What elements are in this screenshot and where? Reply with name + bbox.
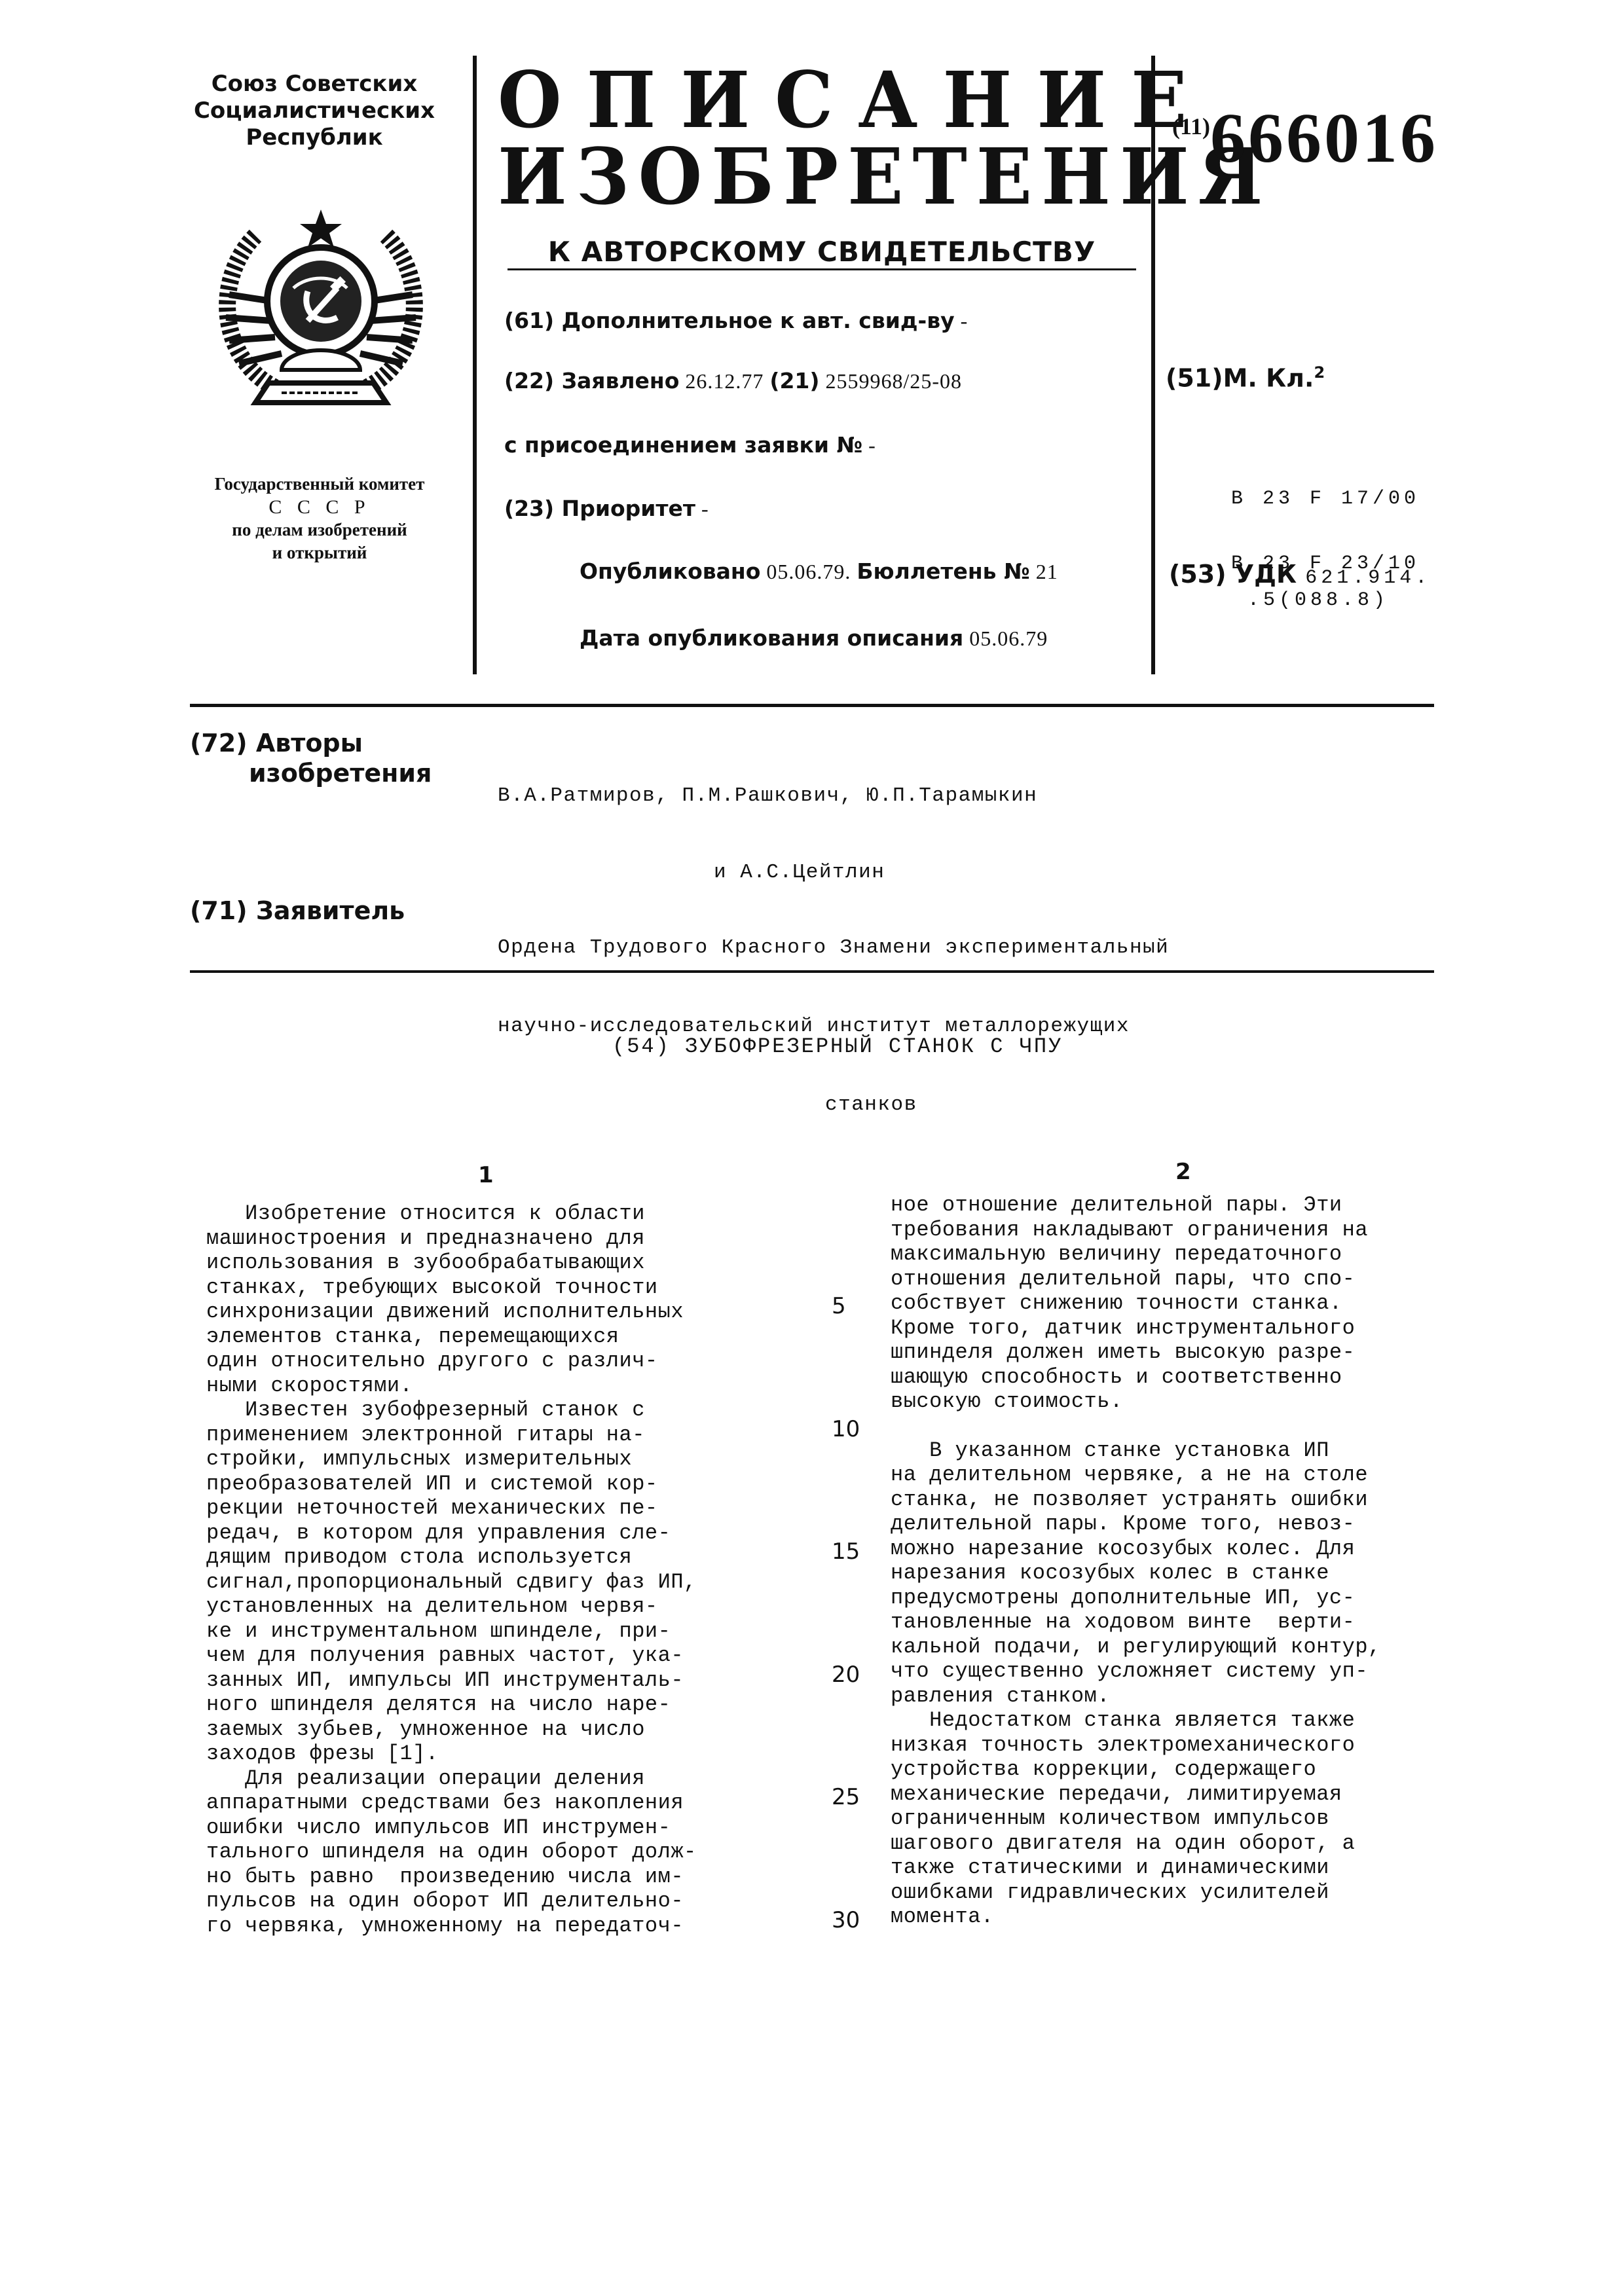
document-title-line1: ОПИСАНИЕ	[498, 62, 1139, 139]
field-description-date: Дата опубликования описания 05.06.79	[580, 625, 1048, 651]
text-line: В указанном станке установка ИП	[891, 1438, 1519, 1463]
line-number: 15	[832, 1539, 860, 1565]
text-line: заемых зубьев, умноженное на число	[206, 1717, 835, 1742]
applicant-line: Ордена Трудового Красного Знамени экспер…	[498, 935, 1169, 961]
committee-line: и открытий	[169, 541, 470, 564]
text-line: тального шпинделя на один оборот долж-	[206, 1840, 835, 1865]
authors-label: (72) Авторы изобретения	[190, 728, 432, 788]
text-line: элементов станка, перемещающихся	[206, 1324, 835, 1349]
text-line: также статическими и динамическими	[891, 1855, 1519, 1880]
field-label: Дата опубликования описания	[580, 625, 963, 651]
patent-number-value: 666016	[1210, 100, 1438, 177]
field-61: (61) Дополнительное к авт. свид-ву -	[504, 308, 968, 333]
committee-line: Государственный комитет	[169, 473, 470, 496]
mkl-label: (51)М. Кл.2	[1166, 363, 1325, 393]
text-line: шагового двигателя на один оборот, а	[891, 1831, 1519, 1856]
text-column-1: Изобретение относится к областимашиностр…	[206, 1201, 835, 1938]
line-number: 20	[832, 1662, 860, 1688]
line-number: 10	[832, 1416, 860, 1442]
text-line: машиностроения и предназначено для	[206, 1226, 835, 1251]
divider-left	[473, 56, 477, 674]
text-line: ными скоростями.	[206, 1374, 835, 1398]
field-published: Опубликовано 05.06.79. Бюллетень № 21	[580, 558, 1058, 584]
text-line: механические передачи, лимитируемая	[891, 1782, 1519, 1807]
text-line: занных ИП, импульсы ИП инструменталь-	[206, 1668, 835, 1693]
text-line: рекции неточностей механических пе-	[206, 1496, 835, 1521]
committee-name: Государственный комитет С С С Р по делам…	[169, 473, 470, 564]
udk-label: (53) УДК 621.914.	[1169, 560, 1431, 589]
text-line: Известен зубофрезерный станок с	[206, 1398, 835, 1423]
text-line: ошибки число импульсов ИП инструмен-	[206, 1815, 835, 1840]
invention-title: (54) ЗУБОФРЕЗЕРНЫЙ СТАНОК С ЧПУ	[612, 1034, 1063, 1059]
text-line: дящим приводом стола используется	[206, 1545, 835, 1570]
mkl-code: B 23 F 17/00	[1231, 488, 1420, 510]
udk-code: 621.914.	[1305, 567, 1431, 589]
text-line: сигнал,пропорциональный сдвигу фаз ИП,	[206, 1570, 835, 1595]
text-line: предусмотрены дополнительные ИП, ус-	[891, 1586, 1519, 1611]
text-line: чем для получения равных частот, ука-	[206, 1643, 835, 1668]
text-line: на делительном червяке, а не на столе	[891, 1463, 1519, 1487]
field-label: (21)	[769, 368, 819, 393]
text-line: шпинделя должен иметь высокую разре-	[891, 1340, 1519, 1365]
field-value: 2559968/25-08	[819, 369, 962, 393]
text-line: ограниченным количеством импульсов	[891, 1806, 1519, 1831]
text-line: Для реализации операции деления	[206, 1766, 835, 1791]
text-line: ошибками гидравлических усилителей	[891, 1880, 1519, 1905]
field-label: Бюллетень №	[857, 558, 1029, 584]
document-title-line2: ИЗОБРЕТЕНИЯ	[498, 139, 1139, 216]
text-line: станка, не позволяет устранять ошибки	[891, 1487, 1519, 1512]
field-attached-application: с присоединением заявки № -	[504, 432, 876, 458]
text-line: преобразователей ИП и системой кор-	[206, 1472, 835, 1497]
text-column-2: ное отношение делительной пары. Этитребо…	[891, 1193, 1519, 1929]
udk-code-cont: .5(088.8)	[1247, 589, 1389, 611]
text-line: устройства коррекции, содержащего	[891, 1757, 1519, 1782]
field-value: -	[695, 497, 709, 520]
mkl-edition: 2	[1314, 363, 1325, 382]
text-line: тановленные на ходовом винте верти-	[891, 1610, 1519, 1635]
authors-line: В.А.Ратмиров, П.М.Рашкович, Ю.П.Тарамыки…	[498, 783, 1037, 809]
ussr-emblem-icon	[210, 196, 432, 412]
text-line: аппаратными средствами без накопления	[206, 1791, 835, 1815]
line-number: 30	[832, 1907, 860, 1933]
applicant-line: станков	[498, 1092, 1169, 1118]
text-line: го червяка, умноженному на передаточ-	[206, 1914, 835, 1939]
text-line: нарезания косозубых колес в станке	[891, 1561, 1519, 1586]
text-line: стройки, импульсных измерительных	[206, 1447, 835, 1472]
text-line: ное отношение делительной пары. Эти	[891, 1193, 1519, 1218]
field-value: -	[862, 433, 876, 457]
field-value: -	[955, 309, 969, 333]
text-line: ного шпинделя делятся на число наре-	[206, 1692, 835, 1717]
text-line: ке и инструментальном шпинделе, при-	[206, 1619, 835, 1644]
text-line: Кроме того, датчик инструментального	[891, 1316, 1519, 1341]
text-line: редач, в котором для управления сле-	[206, 1521, 835, 1546]
patent-number: (11)666016	[1172, 98, 1438, 179]
line-number: 5	[832, 1293, 846, 1319]
text-line: отношения делительной пары, что спо-	[891, 1267, 1519, 1292]
column-number: 2	[1175, 1159, 1191, 1185]
field-label: (22) Заявлено	[504, 368, 679, 393]
text-line: пульсов на один оборот ИП делительно-	[206, 1889, 835, 1914]
state-name-line: Союз Советских	[177, 71, 452, 98]
text-line: делительной пары. Кроме того, невоз-	[891, 1512, 1519, 1537]
text-line: Изобретение относится к области	[206, 1201, 835, 1226]
text-line: заходов фрезы [1].	[206, 1741, 835, 1766]
applicant-label: (71) Заявитель	[190, 896, 405, 926]
text-line: шающую способность и соответственно	[891, 1365, 1519, 1390]
subtitle-underline	[507, 268, 1136, 270]
field-value: 05.06.79.	[760, 560, 857, 583]
text-line: собствует снижению точности станка.	[891, 1291, 1519, 1316]
text-line: один относительно другого с различ-	[206, 1349, 835, 1374]
text-line: высокую стоимость.	[891, 1389, 1519, 1414]
text-line: низкая точность электромеханического	[891, 1733, 1519, 1758]
field-value: 21	[1030, 560, 1058, 583]
line-number: 25	[832, 1784, 860, 1810]
text-line: требования накладывают ограничения на	[891, 1218, 1519, 1243]
text-line: но быть равно произведению числа им-	[206, 1865, 835, 1889]
udk-label-text: (53) УДК	[1169, 560, 1297, 589]
authors-label-line: изобретения	[190, 758, 432, 788]
state-name: Союз Советских Социалистических Республи…	[177, 71, 452, 151]
text-line: что существенно усложняет систему уп-	[891, 1659, 1519, 1684]
applicant-name: Ордена Трудового Красного Знамени экспер…	[498, 883, 1169, 1144]
committee-line: С С С Р	[169, 496, 470, 519]
state-name-line: Республик	[177, 124, 452, 151]
text-line: можно нарезание косозубых колес. Для	[891, 1537, 1519, 1561]
field-22-21: (22) Заявлено 26.12.77 (21) 2559968/25-0…	[504, 368, 962, 393]
text-line: момента.	[891, 1904, 1519, 1929]
state-name-line: Социалистических	[177, 98, 452, 124]
text-line	[891, 1414, 1519, 1438]
text-line: станках, требующих высокой точности	[206, 1275, 835, 1300]
committee-line: по делам изобретений	[169, 519, 470, 541]
text-line: установленных на делительном червя-	[206, 1594, 835, 1619]
applicant-rule	[190, 970, 1434, 973]
field-value: 05.06.79	[963, 627, 1048, 650]
field-23: (23) Приоритет -	[504, 496, 709, 521]
field-label: (23) Приоритет	[504, 496, 695, 521]
document-subtitle: К АВТОРСКОМУ СВИДЕТЕЛЬСТВУ	[507, 236, 1136, 268]
text-line: синхронизации движений исполнительных	[206, 1300, 835, 1324]
header-rule	[190, 704, 1434, 707]
patent-number-code: (11)	[1172, 113, 1210, 139]
mkl-label-text: (51)М. Кл.	[1166, 364, 1314, 393]
field-label: (61) Дополнительное к авт. свид-ву	[504, 308, 955, 333]
field-label: Опубликовано	[580, 558, 760, 584]
authors-label-line: (72) Авторы	[190, 728, 432, 758]
text-line: кальной подачи, и регулирующий контур,	[891, 1635, 1519, 1660]
text-line: применением электронной гитары на-	[206, 1423, 835, 1448]
field-label: с присоединением заявки №	[504, 432, 862, 458]
authors-line: и А.С.Цейтлин	[498, 860, 1037, 885]
column-number: 1	[478, 1162, 494, 1188]
text-line: максимальную величину передаточного	[891, 1242, 1519, 1267]
field-value: 26.12.77	[679, 369, 769, 393]
text-line: Недостатком станка является также	[891, 1708, 1519, 1733]
text-line: равления станком.	[891, 1684, 1519, 1709]
text-line: использования в зубообрабатывающих	[206, 1250, 835, 1275]
